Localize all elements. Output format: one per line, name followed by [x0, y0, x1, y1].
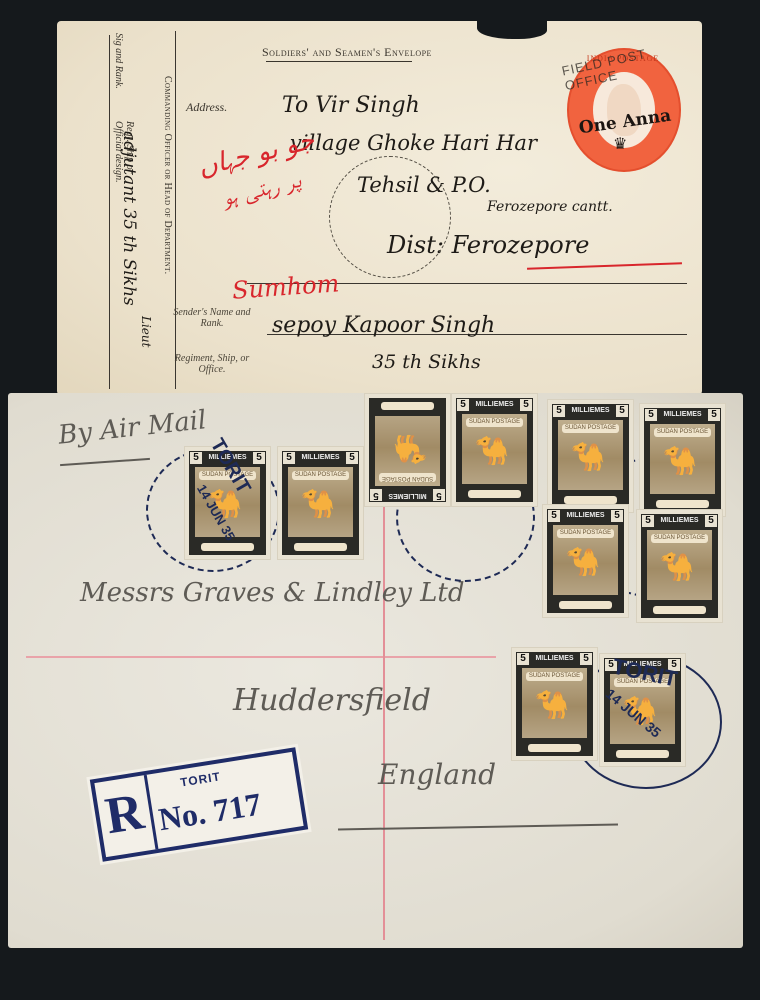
registration-line-horizontal — [26, 656, 496, 658]
stamp-arabic-banner — [653, 606, 706, 614]
camel-postman-icon: 🐪 — [568, 440, 608, 475]
stamp-arabic-banner — [616, 750, 669, 758]
registration-letter: R — [94, 775, 158, 857]
sudan-stamp: MILLIEMES55SUDAN POSTAGE🐪 — [512, 648, 597, 760]
address-line-1: To Vir Singh — [282, 93, 420, 118]
red-underline — [527, 262, 682, 269]
by-air-mail-endorsement: By Air Mail — [57, 405, 208, 450]
address-line-2: village Ghoke Hari Har — [290, 131, 537, 155]
sudan-stamp: MILLIEMES55SUDAN POSTAGE🐪 — [452, 394, 537, 506]
stamp-country: SUDAN POSTAGE — [562, 424, 619, 433]
camel-postman-icon: 🐪 — [532, 688, 572, 723]
registration-office: TORIT — [179, 769, 221, 789]
stamp-value: 5 — [611, 510, 623, 522]
stamp-arabic-banner — [528, 744, 581, 752]
stamp-value: 5 — [616, 405, 628, 417]
stamp-currency: MILLIEMES — [653, 516, 706, 526]
address-addressee: Messrs Graves & Lindley Ltd — [80, 578, 465, 608]
stamp-arabic-banner — [564, 496, 617, 504]
stamp-arabic-banner — [559, 601, 612, 609]
side-manuscript-lieut: Lieut — [139, 316, 153, 347]
camel-postman-icon: 🐪 — [563, 545, 603, 580]
stamp-value: 5 — [253, 452, 265, 464]
sudan-stamp: MILLIEMES55SUDAN POSTAGE🐪 — [637, 510, 722, 622]
stamp-value: 5 — [457, 399, 469, 411]
registration-number: No. 717 — [156, 786, 264, 839]
stamp-value: 5 — [553, 405, 565, 417]
stamp-value: 5 — [642, 515, 654, 527]
torn-edge — [477, 17, 547, 39]
crown-icon: ♛ — [613, 134, 627, 154]
camel-postman-icon: 🐪 — [390, 431, 430, 466]
stamp-country: SUDAN POSTAGE — [292, 471, 349, 480]
stamp-country: SUDAN POSTAGE — [379, 473, 436, 482]
stamp-currency: MILLIEMES — [381, 490, 434, 500]
stamp-country: SUDAN POSTAGE — [526, 672, 583, 681]
stamp-country: SUDAN POSTAGE — [654, 428, 711, 437]
stamp-arabic-banner — [468, 490, 521, 498]
side-divider-line — [109, 35, 110, 389]
stamp-value: 5 — [346, 452, 358, 464]
sender-name-label: Sender's Name and Rank. — [172, 307, 252, 329]
stamp-value: 5 — [190, 452, 202, 464]
stamp-value: 5 — [517, 653, 529, 665]
stamp-value: 5 — [645, 409, 657, 421]
stamp-currency: MILLIEMES — [656, 410, 709, 420]
red-signature: Sumhom — [231, 269, 340, 304]
stamp-value: 5 — [433, 489, 445, 501]
country-underline — [338, 824, 618, 831]
sudan-stamp: MILLIEMES55SUDAN POSTAGE🐪 — [548, 400, 633, 512]
stamp-currency: MILLIEMES — [528, 654, 581, 664]
stamp-arabic-banner — [201, 543, 254, 551]
stamp-value: 5 — [283, 452, 295, 464]
stamp-arabic-banner — [656, 500, 709, 508]
title-underline — [266, 61, 412, 62]
soldiers-seamens-envelope: Sig and Rank. Regt. Ship or Official des… — [57, 21, 702, 395]
address-line-4: Ferozepore cantt. — [487, 199, 613, 215]
stamp-country: SUDAN POSTAGE — [557, 529, 614, 538]
stamp-value: 5 — [705, 515, 717, 527]
stamp-value: 5 — [580, 653, 592, 665]
side-divider-line-2 — [175, 31, 176, 389]
stamp-arabic-banner — [381, 402, 434, 410]
camel-postman-icon: 🐪 — [660, 444, 700, 479]
endorsement-underline — [60, 458, 150, 466]
address-town: Huddersfield — [233, 683, 431, 718]
sig-rank-label: Sig and Rank. — [113, 33, 124, 93]
sender-line-1: sepoy Kapoor Singh — [272, 313, 495, 338]
sudan-stamp: MILLIEMES55SUDAN POSTAGE🐪 — [640, 404, 725, 516]
stamp-value: 5 — [520, 399, 532, 411]
camel-postman-icon: 🐪 — [472, 434, 512, 469]
address-label: Address. — [186, 100, 227, 115]
camel-postman-icon: 🐪 — [298, 487, 338, 522]
stamp-arabic-banner — [294, 543, 347, 551]
regiment-label: Regiment, Ship, or Office. — [172, 353, 252, 375]
sudan-stamp: MILLIEMES55SUDAN POSTAGE🐪 — [278, 447, 363, 559]
stamp-currency: MILLIEMES — [294, 453, 347, 463]
stamp-value: 5 — [708, 409, 720, 421]
stamp-value: 5 — [548, 510, 560, 522]
stamp-currency: MILLIEMES — [468, 400, 521, 410]
stamp-value: 5 — [370, 489, 382, 501]
sudan-stamp-inverted: MILLIEMES55SUDAN POSTAGE🐪 — [365, 394, 450, 506]
sudan-stamp: MILLIEMES55SUDAN POSTAGE🐪 — [543, 505, 628, 617]
field-post-office-postmark — [329, 156, 451, 278]
stamp-country: SUDAN POSTAGE — [466, 418, 523, 427]
camel-postman-icon: 🐪 — [657, 550, 697, 585]
side-manuscript-adjutant: adjutant 35 th Sikhs — [119, 131, 139, 306]
stamp-currency: MILLIEMES — [559, 511, 612, 521]
sender-line-2: 35 th Sikhs — [372, 351, 481, 373]
stamp-country: SUDAN POSTAGE — [651, 534, 708, 543]
envelope-printed-title: Soldiers' and Seamen's Envelope — [262, 45, 432, 60]
stamp-currency: MILLIEMES — [564, 406, 617, 416]
address-country: England — [378, 758, 496, 791]
